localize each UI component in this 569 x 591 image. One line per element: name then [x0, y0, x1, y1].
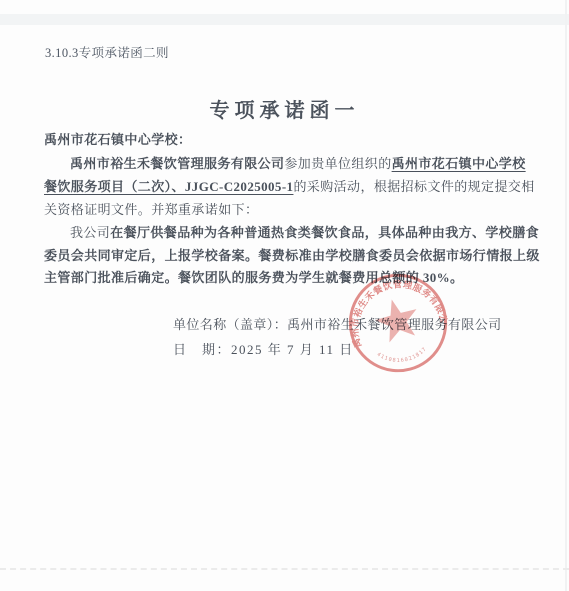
paragraph2-line2: 委员会共同审定后，上报学校备案。餐费标准由学校膳食委员会依据市场行情报上级 — [44, 245, 540, 264]
paragraph2-line1: 我公司在餐厅供餐品种为各种普通热食类餐饮食品，具体品种由我方、学校膳食 — [70, 222, 539, 241]
scan-artifact-line — [0, 568, 569, 570]
unit-name-value: 禹州市裕生禾餐饮管理服务有限公司 — [287, 317, 501, 332]
svg-text:4110816021817: 4110816021817 — [375, 339, 431, 370]
scan-artifact-band — [0, 14, 569, 25]
paragraph1-line1: 禹州市裕生禾餐饮管理服务有限公司参加贵单位组织的禹州市花石镇中心学校 — [70, 153, 526, 172]
paragraph1-line1-text: 参加贵单位组织的 — [284, 156, 391, 171]
date-value: 2025 年 7 月 11 日 — [231, 342, 354, 357]
bidder-company-name: 禹州市裕生禾餐饮管理服务有限公司 — [70, 156, 284, 171]
commitment-text-bold: 在餐厅供餐品种为各种普通热食类餐饮食品，具体品种由我方、学校膳食 — [110, 225, 539, 240]
signature-unit-line: 单位名称（盖章）：禹州市裕生禾餐饮管理服务有限公司 — [173, 314, 502, 333]
paragraph1-line3: 关资格证明文件。并郑重承诺如下： — [44, 199, 258, 218]
section-heading: 3.10.3专项承诺函二则 — [45, 43, 169, 61]
signature-date-line: 日 期：2025 年 7 月 11 日 — [173, 339, 354, 358]
page-title: 专项承诺函一 — [0, 94, 569, 123]
paragraph2-line3: 主管部门批准后确定。餐饮团队的服务费为学生就餐费用总额的 30%。 — [44, 267, 463, 286]
date-label: 日 期： — [173, 342, 231, 357]
paragraph2-line1-lead: 我公司 — [70, 225, 110, 240]
unit-name-label: 单位名称（盖章）： — [173, 317, 287, 332]
page-edge — [565, 0, 567, 591]
scanned-document-page: 3.10.3专项承诺函二则 专项承诺函一 禹州市花石镇中心学校： 禹州市裕生禾餐… — [0, 0, 569, 591]
paragraph1-line2: 餐饮服务项目（二次）、JJGC-C2025005-1的采购活动，根据招标文件的规… — [44, 176, 535, 195]
paragraph1-line2-text: 的采购活动，根据招标文件的规定提交相 — [293, 179, 534, 194]
salutation: 禹州市花石镇中心学校： — [44, 129, 191, 148]
project-name-part2: 餐饮服务项目（二次）、JJGC-C2025005-1 — [44, 179, 293, 194]
seal-number: 4110816021817 — [375, 339, 431, 370]
project-name-part1: 禹州市花石镇中心学校 — [392, 156, 526, 171]
